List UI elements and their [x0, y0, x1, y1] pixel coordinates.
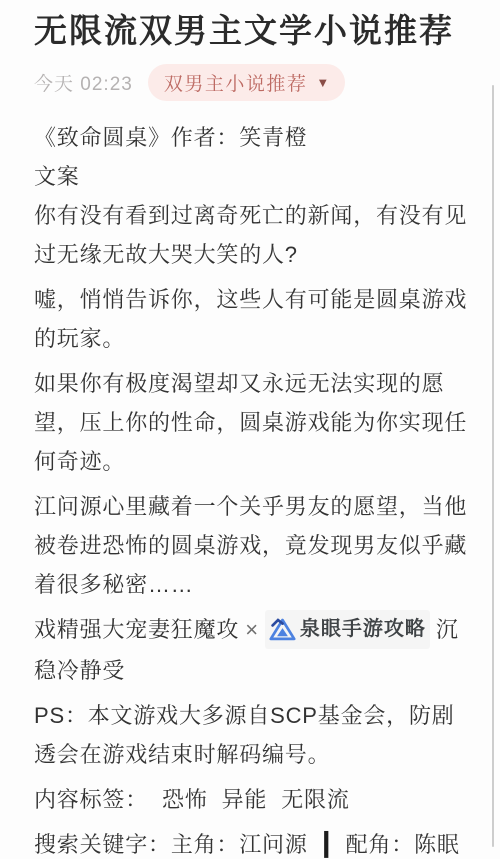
supporting-keyword: 配角：陈眠: [346, 832, 460, 857]
pairing-prefix: 戏精强大宠妻狂魔攻: [34, 617, 239, 642]
keywords-label: 搜索关键字：: [34, 832, 171, 857]
content-tag: 异能: [222, 787, 268, 812]
scrollbar[interactable]: [492, 85, 494, 847]
meta-row: 今天 02:23 双男主小说推荐 ▼: [34, 63, 474, 101]
page-title: 无限流双男主文学小说推荐: [34, 8, 474, 54]
protagonist-keyword: 主角：江问源: [171, 832, 308, 857]
tags-label: 内容标签：: [34, 787, 148, 812]
content-tag: 恐怖: [162, 787, 208, 812]
times-mark: ×: [245, 617, 259, 642]
article-body: 《致命圆桌》作者：笑青橙 文案 你有没有看到过离奇死亡的新闻，有没有见过无缘无故…: [34, 118, 476, 859]
separator-bar: ┃: [320, 832, 334, 857]
watermark-logo-icon: [269, 617, 296, 641]
paragraph: 江问源心里藏着一个关乎男友的愿望，当他被卷进恐怖的圆桌游戏，竟发现男友似乎藏着很…: [34, 487, 476, 604]
article-page: 无限流双男主文学小说推荐 今天 02:23 双男主小说推荐 ▼ 《致命圆桌》作者…: [0, 0, 500, 859]
pairing-line: 戏精强大宠妻狂魔攻× 泉眼手游攻略 沉稳冷静受: [34, 610, 476, 690]
ps-line: PS：本文游戏大多源自SCP基金会，防剧透会在游戏结束时解码编号。: [34, 696, 476, 774]
watermark: 泉眼手游攻略: [265, 610, 430, 649]
book-title-line: 《致命圆桌》作者：笑青橙: [34, 118, 476, 157]
paragraph: 嘘，悄悄告诉你，这些人有可能是圆桌游戏的玩家。: [34, 280, 476, 358]
paragraph: 如果你有极度渴望却又永远无法实现的愿望，压上你的性命，圆桌游戏能为你实现任何奇迹…: [34, 364, 476, 481]
topic-tag-label: 双男主小说推荐: [164, 69, 308, 96]
content-tags-line: 内容标签：恐怖异能无限流: [34, 780, 476, 819]
topic-tag-pill[interactable]: 双男主小说推荐 ▼: [148, 64, 345, 101]
post-timestamp: 今天 02:23: [34, 69, 133, 96]
chevron-down-icon: ▼: [316, 76, 329, 89]
watermark-label: 泉眼手游攻略: [300, 610, 426, 649]
paragraph: 你有没有看到过离奇死亡的新闻，有没有见过无缘无故大哭大笑的人?: [34, 196, 476, 274]
search-keywords-line: 搜索关键字：主角：江问源┃配角：陈眠: [34, 825, 476, 859]
section-label: 文案: [34, 157, 476, 196]
content-tag: 无限流: [281, 787, 349, 812]
